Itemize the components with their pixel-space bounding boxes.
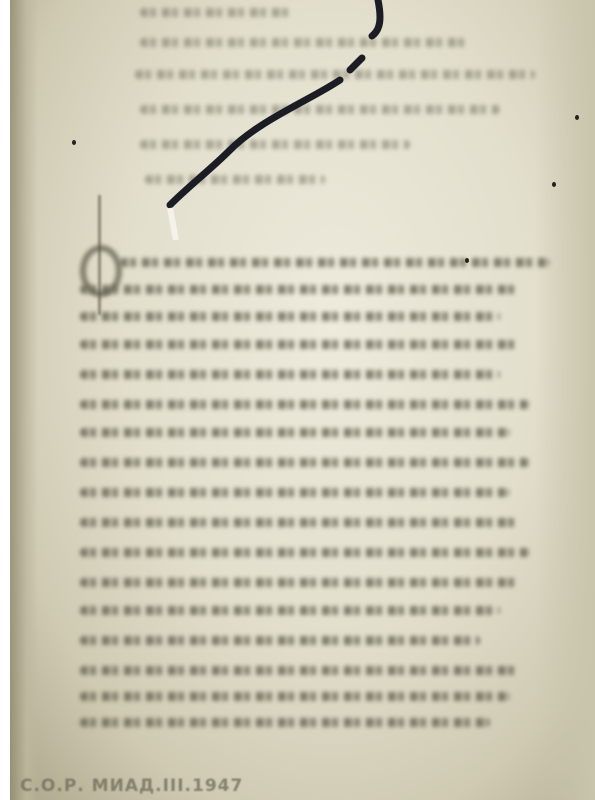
archive-stamp: С.О.Р. МИАД.III.1947	[20, 776, 243, 796]
ink-spot	[72, 140, 76, 145]
ink-spot	[575, 115, 579, 120]
ink-spot	[552, 182, 556, 187]
ink-spot	[465, 258, 469, 263]
manuscript-photo: С.О.Р. МИАД.III.1947	[10, 0, 595, 800]
